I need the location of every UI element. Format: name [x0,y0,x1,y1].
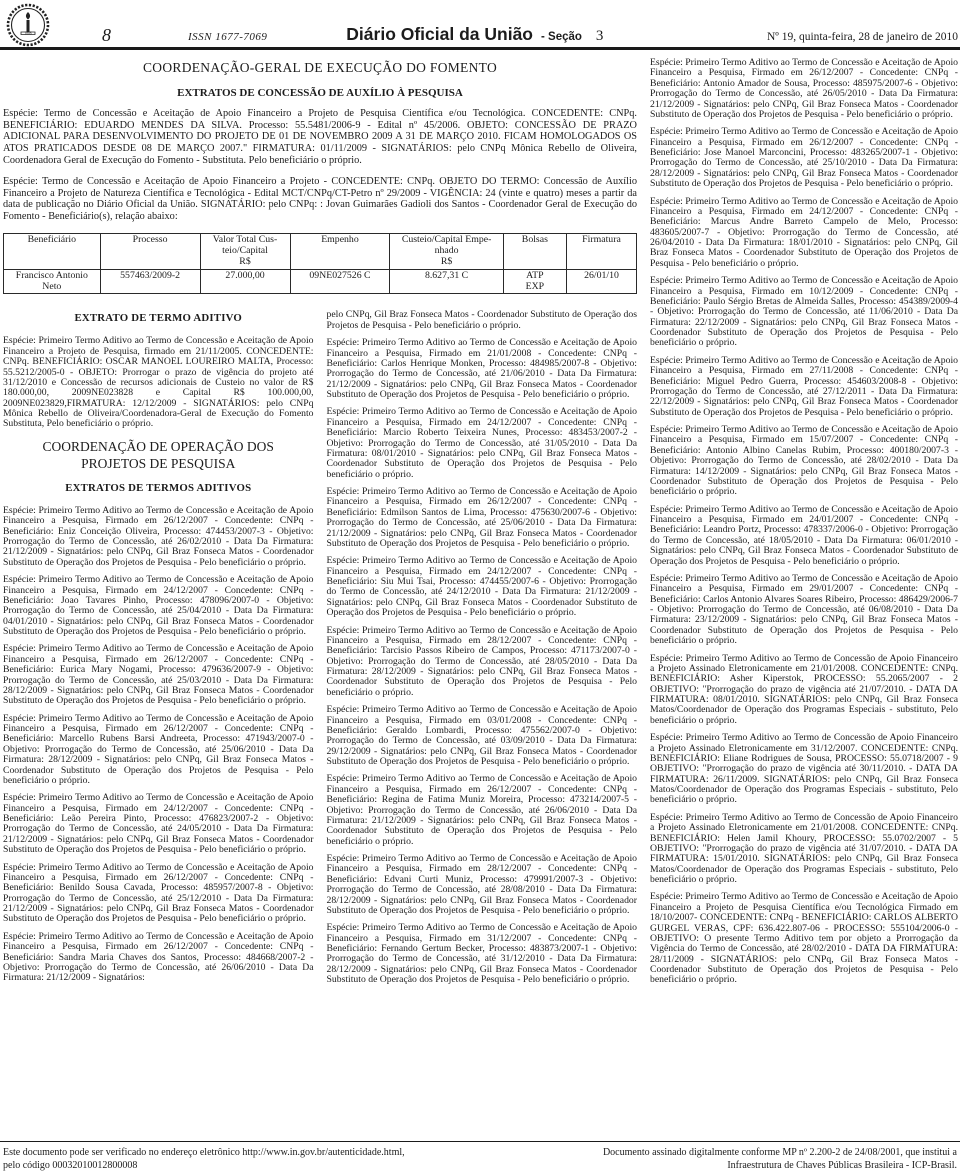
extract-paragraph: Espécie: Primeiro Termo Aditivo ao Termo… [650,197,958,270]
extract-paragraph: Espécie: Primeiro Termo Aditivo ao Termo… [327,774,638,847]
extract-paragraph: Espécie: Primeiro Termo Aditivo ao Termo… [3,506,314,568]
footer-signature-line1: Documento assinado digitalmente conforme… [603,1146,957,1159]
extract-paragraph: Espécie: Primeiro Termo Aditivo ao Termo… [650,425,958,498]
page-footer: Este documento pode ser verificado no en… [0,1141,960,1173]
extract-paragraph: Espécie: Primeiro Termo Aditivo ao Termo… [3,863,314,925]
grants-table-cell: 8.627,31 C [390,269,503,294]
grants-table-header-cell: Custeio/Capital Empe- nhado R$ [390,233,503,269]
page-header: 1808 8 ISSN 1677-7069 Diário Oficial da … [0,0,960,50]
extract-paragraph: Espécie: Primeiro Termo Aditivo ao Termo… [3,336,314,429]
masthead: Diário Oficial da União - Seção 3 [346,24,603,45]
extract-section-heading: EXTRATOS DE TERMOS ADITIVOS [3,482,314,494]
extract-paragraph: Espécie: Primeiro Termo Aditivo ao Termo… [650,276,958,349]
extract-paragraph: Espécie: Primeiro Termo Aditivo ao Termo… [327,487,638,549]
edition-info: Nº 19, quinta-feira, 28 de janeiro de 20… [767,31,958,43]
column-2: pelo CNPq, Gil Braz Fonseca Matos - Coor… [327,310,638,992]
footer-verification-line2: pelo código 00032010012800008 [3,1159,405,1172]
lower-columns: EXTRATO DE TERMO ADITIVOEspécie: Primeir… [3,310,637,992]
extract-paragraph: Espécie: Termo de Concessão e Aceitação … [3,176,637,223]
grants-table-body: Francisco Antonio Neto557463/2009-227.00… [4,269,637,294]
grants-table: BeneficiárioProcessoValor Total Cus- tei… [3,233,637,295]
left-two-column-area: COORDENAÇÃO-GERAL DE EXECUÇÃO DO FOMENTO… [3,56,637,993]
grants-table-cell: Francisco Antonio Neto [4,269,101,294]
imprensa-nacional-seal-logo: 1808 [6,2,50,48]
grants-table-header-cell: Bolsas [503,233,566,269]
grants-table-row: Francisco Antonio Neto557463/2009-227.00… [4,269,637,294]
extract-paragraph: Espécie: Primeiro Termo Aditivo ao Termo… [650,892,958,985]
extract-paragraph: Espécie: Primeiro Termo Aditivo ao Termo… [3,644,314,706]
extract-section-heading: EXTRATO DE TERMO ADITIVO [3,312,314,324]
issn-label: ISSN 1677-7069 [188,31,267,43]
page-body: COORDENAÇÃO-GERAL DE EXECUÇÃO DO FOMENTO… [0,50,960,993]
coordination-heading: COORDENAÇÃO DE OPERAÇÃO DOS PROJETOS DE … [9,438,308,473]
extract-paragraph: Espécie: Primeiro Termo Aditivo ao Termo… [650,127,958,189]
extract-paragraph: Espécie: Primeiro Termo Aditivo ao Termo… [650,733,958,806]
grants-table-cell: 09NE027526 C [290,269,390,294]
extract-paragraph: Espécie: Primeiro Termo Aditivo ao Termo… [327,556,638,618]
extract-paragraph: pelo CNPq, Gil Braz Fonseca Matos - Coor… [327,310,638,331]
coordination-general-heading: COORDENAÇÃO-GERAL DE EXECUÇÃO DO FOMENTO [3,60,637,76]
grants-table-cell: 557463/2009-2 [100,269,200,294]
extract-paragraph: Espécie: Primeiro Termo Aditivo ao Termo… [3,575,314,637]
extract-paragraph: Espécie: Primeiro Termo Aditivo ao Termo… [650,654,958,727]
extract-paragraph: Espécie: Primeiro Termo Aditivo ao Termo… [327,705,638,767]
grants-table-head: BeneficiárioProcessoValor Total Cus- tei… [4,233,637,269]
extract-paragraph: Espécie: Primeiro Termo Aditivo ao Termo… [650,813,958,886]
grants-table-header-cell: Valor Total Cus- teio/Capital R$ [200,233,290,269]
extract-paragraph: Espécie: Primeiro Termo Aditivo ao Termo… [650,356,958,418]
grants-table-header-cell: Firmatura [567,233,637,269]
footer-verification-line1: Este documento pode ser verificado no en… [3,1146,405,1159]
footer-signature-line2: Infraestrutura de Chaves Públicas Brasil… [603,1159,957,1172]
grants-table-header-cell: Processo [100,233,200,269]
grants-table-header-cell: Beneficiário [4,233,101,269]
footer-signature-note: Documento assinado digitalmente conforme… [603,1146,957,1173]
masthead-title: Diário Oficial da União [346,24,533,44]
extracts-concession-heading: EXTRATOS DE CONCESSÃO DE AUXÍLIO À PESQU… [3,87,637,99]
extract-paragraph: Espécie: Primeiro Termo Aditivo ao Termo… [650,505,958,567]
extract-paragraph: Espécie: Primeiro Termo Aditivo ao Termo… [327,338,638,400]
extract-paragraph: Espécie: Termo de Concessão e Aceitação … [3,108,637,166]
column-1: EXTRATO DE TERMO ADITIVOEspécie: Primeir… [3,310,314,992]
footer-verification-note: Este documento pode ser verificado no en… [3,1146,405,1173]
grants-table-header-row: BeneficiárioProcessoValor Total Cus- tei… [4,233,637,269]
masthead-section-label: - Seção [541,31,582,43]
seal-year-text: 1808 [24,31,31,35]
grants-table-cell: 27.000,00 [200,269,290,294]
masthead-section-number: 3 [596,28,604,44]
extract-paragraph: Espécie: Primeiro Termo Aditivo ao Termo… [3,714,314,787]
extract-paragraph: Espécie: Primeiro Termo Aditivo ao Termo… [650,58,958,120]
grants-table-header-cell: Empenho [290,233,390,269]
extract-paragraph: Espécie: Primeiro Termo Aditivo ao Termo… [3,932,314,984]
page-number: 8 [102,25,111,46]
extract-paragraph: Espécie: Primeiro Termo Aditivo ao Termo… [327,626,638,699]
extract-paragraph: Espécie: Primeiro Termo Aditivo ao Termo… [327,923,638,985]
column-3: Espécie: Primeiro Termo Aditivo ao Termo… [650,56,958,993]
gazette-page: 1808 8 ISSN 1677-7069 Diário Oficial da … [0,0,960,1173]
grants-table-cell: 26/01/10 [567,269,637,294]
extract-paragraph: Espécie: Primeiro Termo Aditivo ao Termo… [327,407,638,480]
extract-paragraph: Espécie: Primeiro Termo Aditivo ao Termo… [327,854,638,916]
grants-table-cell: ATP EXP [503,269,566,294]
extract-paragraph: Espécie: Primeiro Termo Aditivo ao Termo… [3,793,314,855]
extract-paragraph: Espécie: Primeiro Termo Aditivo ao Termo… [650,574,958,647]
